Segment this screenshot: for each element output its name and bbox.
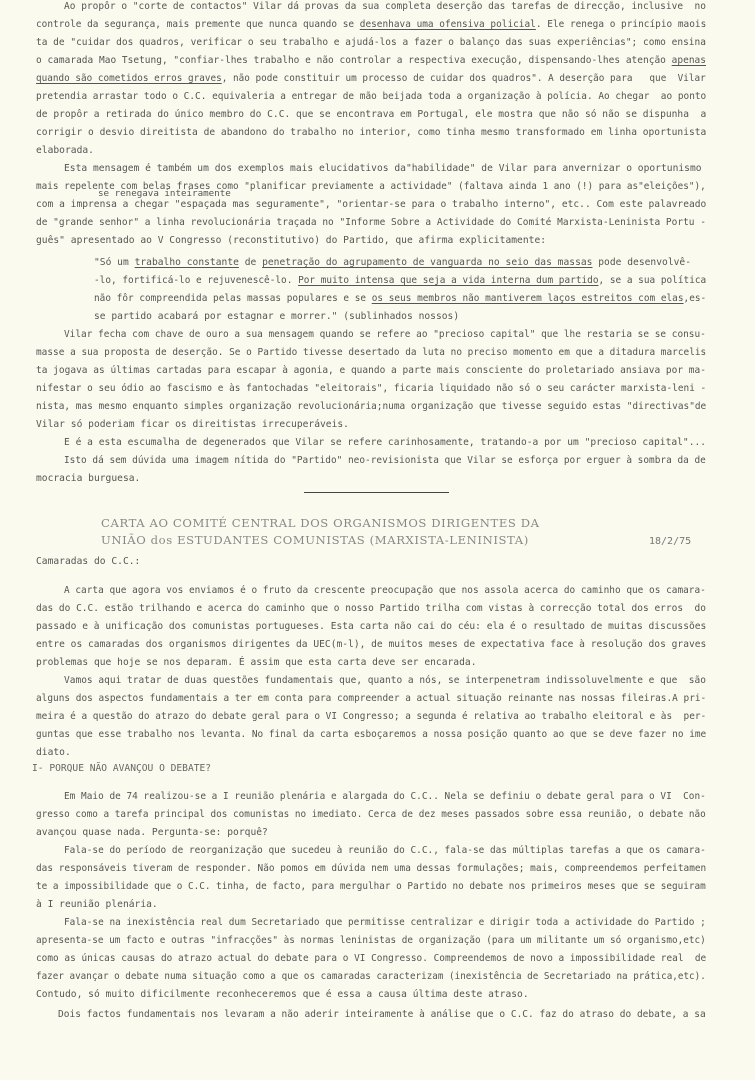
text-line: apresenta-se um facto e outras "infracçõ…: [36, 935, 706, 947]
text-line: masse a sua proposta de deserção. Se o P…: [36, 347, 706, 359]
text-line: pretendia arrastar todo o C.C. equivaler…: [36, 91, 706, 103]
text-line: corrigir o desvio direitista de abandono…: [36, 127, 706, 139]
letter-salutation: Camaradas do C.C.:: [36, 556, 140, 568]
text-line: Vilar só poderiam ficar os direitistas i…: [36, 419, 349, 431]
text-line: com a imprensa a chegar "espaçada mas se…: [36, 199, 706, 211]
text-line: te a impossibilidade que o C.C. tinha, d…: [36, 881, 706, 893]
text-line: se partido acabará por estagnar e morrer…: [94, 311, 459, 323]
text-line: das do C.C. estão trilhando e acerca do …: [36, 603, 706, 615]
text-line: elaborada.: [36, 145, 94, 157]
text-line: Dois factos fundamentais nos levaram a n…: [58, 1009, 706, 1021]
text-line: o camarada Mao Tsetung, "confiar-lhes tr…: [36, 55, 706, 67]
letter-date: 18/2/75: [649, 536, 691, 547]
text-line: das responsáveis tiveram de responder. N…: [36, 863, 706, 875]
document-page: Ao propôr o "corte de contactos" Vilar d…: [0, 0, 755, 1080]
underlined-emphasis: trabalho constante: [135, 257, 239, 268]
text-line: entre os camaradas dos organismos dirige…: [36, 639, 706, 651]
text-line: Contudo, só muito dificilmente reconhece…: [36, 989, 529, 1001]
text-line: nifestar o seu ódio ao fascismo e às fan…: [36, 383, 706, 395]
text-line: quando são cometidos erros graves, não p…: [36, 73, 706, 85]
text-line: "Só um trabalho constante de penetração …: [94, 257, 691, 269]
text-line: Vamos aqui tratar de duas questões funda…: [64, 675, 706, 687]
underlined-emphasis: Por muito intensa que seja a vida intern…: [298, 275, 598, 286]
text-line: de propôr a retirada do único membro do …: [36, 109, 706, 121]
text-line: nista, mas mesmo enquanto simples organi…: [36, 401, 706, 413]
underlined-emphasis: os seus membros não mantiverem laços est…: [372, 293, 684, 304]
underlined-emphasis: penetração do agrupamento de vanguarda n…: [262, 257, 592, 268]
text-line: alguns dos aspectos fundamentais a ter e…: [36, 693, 706, 705]
text-line: mocracia burguesa.: [36, 473, 140, 485]
text-line: guês" apresentado ao V Congresso (recons…: [36, 235, 546, 247]
text-line: E é a esta escumalha de degenerados que …: [64, 437, 706, 449]
letter-title-line-2: UNIÃO dos ESTUDANTES COMUNISTAS (MARXIST…: [101, 533, 529, 547]
text-line: de "grande senhor" a linha revolucionári…: [36, 217, 706, 229]
text-line: não fôr compreendida pelas massas popula…: [94, 293, 706, 305]
text-line: avançou quase nada. Pergunta-se: porquê?: [36, 827, 268, 839]
text-line: Isto dá sem dúvida uma imagem nítida do …: [64, 455, 706, 467]
text-line: diato.: [36, 747, 71, 759]
text-line: Fala-se do período de reorganização que …: [64, 845, 706, 857]
text-line: A carta que agora vos enviamos é o fruto…: [64, 585, 706, 597]
letter-title-line-1: CARTA AO COMITÉ CENTRAL DOS ORGANISMOS D…: [101, 516, 540, 530]
underlined-emphasis: quando são cometidos erros graves: [36, 73, 222, 84]
text-line: fazer avançar o debate numa situação com…: [36, 971, 706, 983]
underlined-emphasis: apenas: [672, 55, 706, 66]
text-line: Esta mensagem é também um dos exemplos m…: [64, 163, 702, 175]
text-line: controle da segurança, mais premente que…: [36, 19, 706, 31]
text-line: guntas que esse trabalho nos levanta. No…: [36, 729, 706, 741]
text-line: Ao propôr o "corte de contactos" Vilar d…: [64, 1, 706, 13]
text-line: à I reunião plenária.: [36, 899, 158, 911]
section-heading: I- PORQUE NÃO AVANÇOU O DEBATE?: [32, 763, 211, 774]
text-line: ta jogava as últimas cartadas para escap…: [36, 365, 706, 377]
text-line: como as únicas causas do atrazo actual d…: [36, 953, 706, 965]
text-line: Fala-se na inexistência real dum Secreta…: [64, 917, 706, 929]
text-line: Em Maio de 74 realizou-se a I reunião pl…: [64, 791, 706, 803]
underlined-emphasis: desenhava uma ofensiva policial: [360, 19, 536, 30]
text-line: Vilar fecha com chave de ouro a sua mens…: [64, 329, 706, 341]
text-line: meira é a questão do atrazo do debate ge…: [36, 711, 706, 723]
text-line: passado e à unificação dos comunistas po…: [36, 621, 706, 633]
section-separator: [304, 492, 449, 493]
handwritten-insert: se renegava inteiramente: [98, 188, 231, 199]
text-line: -lo, fortificá-lo e rejuvenescê-lo. Por …: [94, 275, 706, 287]
text-line: problemas que hoje se nos deparam. É ass…: [36, 657, 477, 669]
text-line: gresso como a tarefa principal dos comun…: [36, 809, 706, 821]
text-line: ta de "cuidar dos quadros, verificar o s…: [36, 37, 706, 49]
